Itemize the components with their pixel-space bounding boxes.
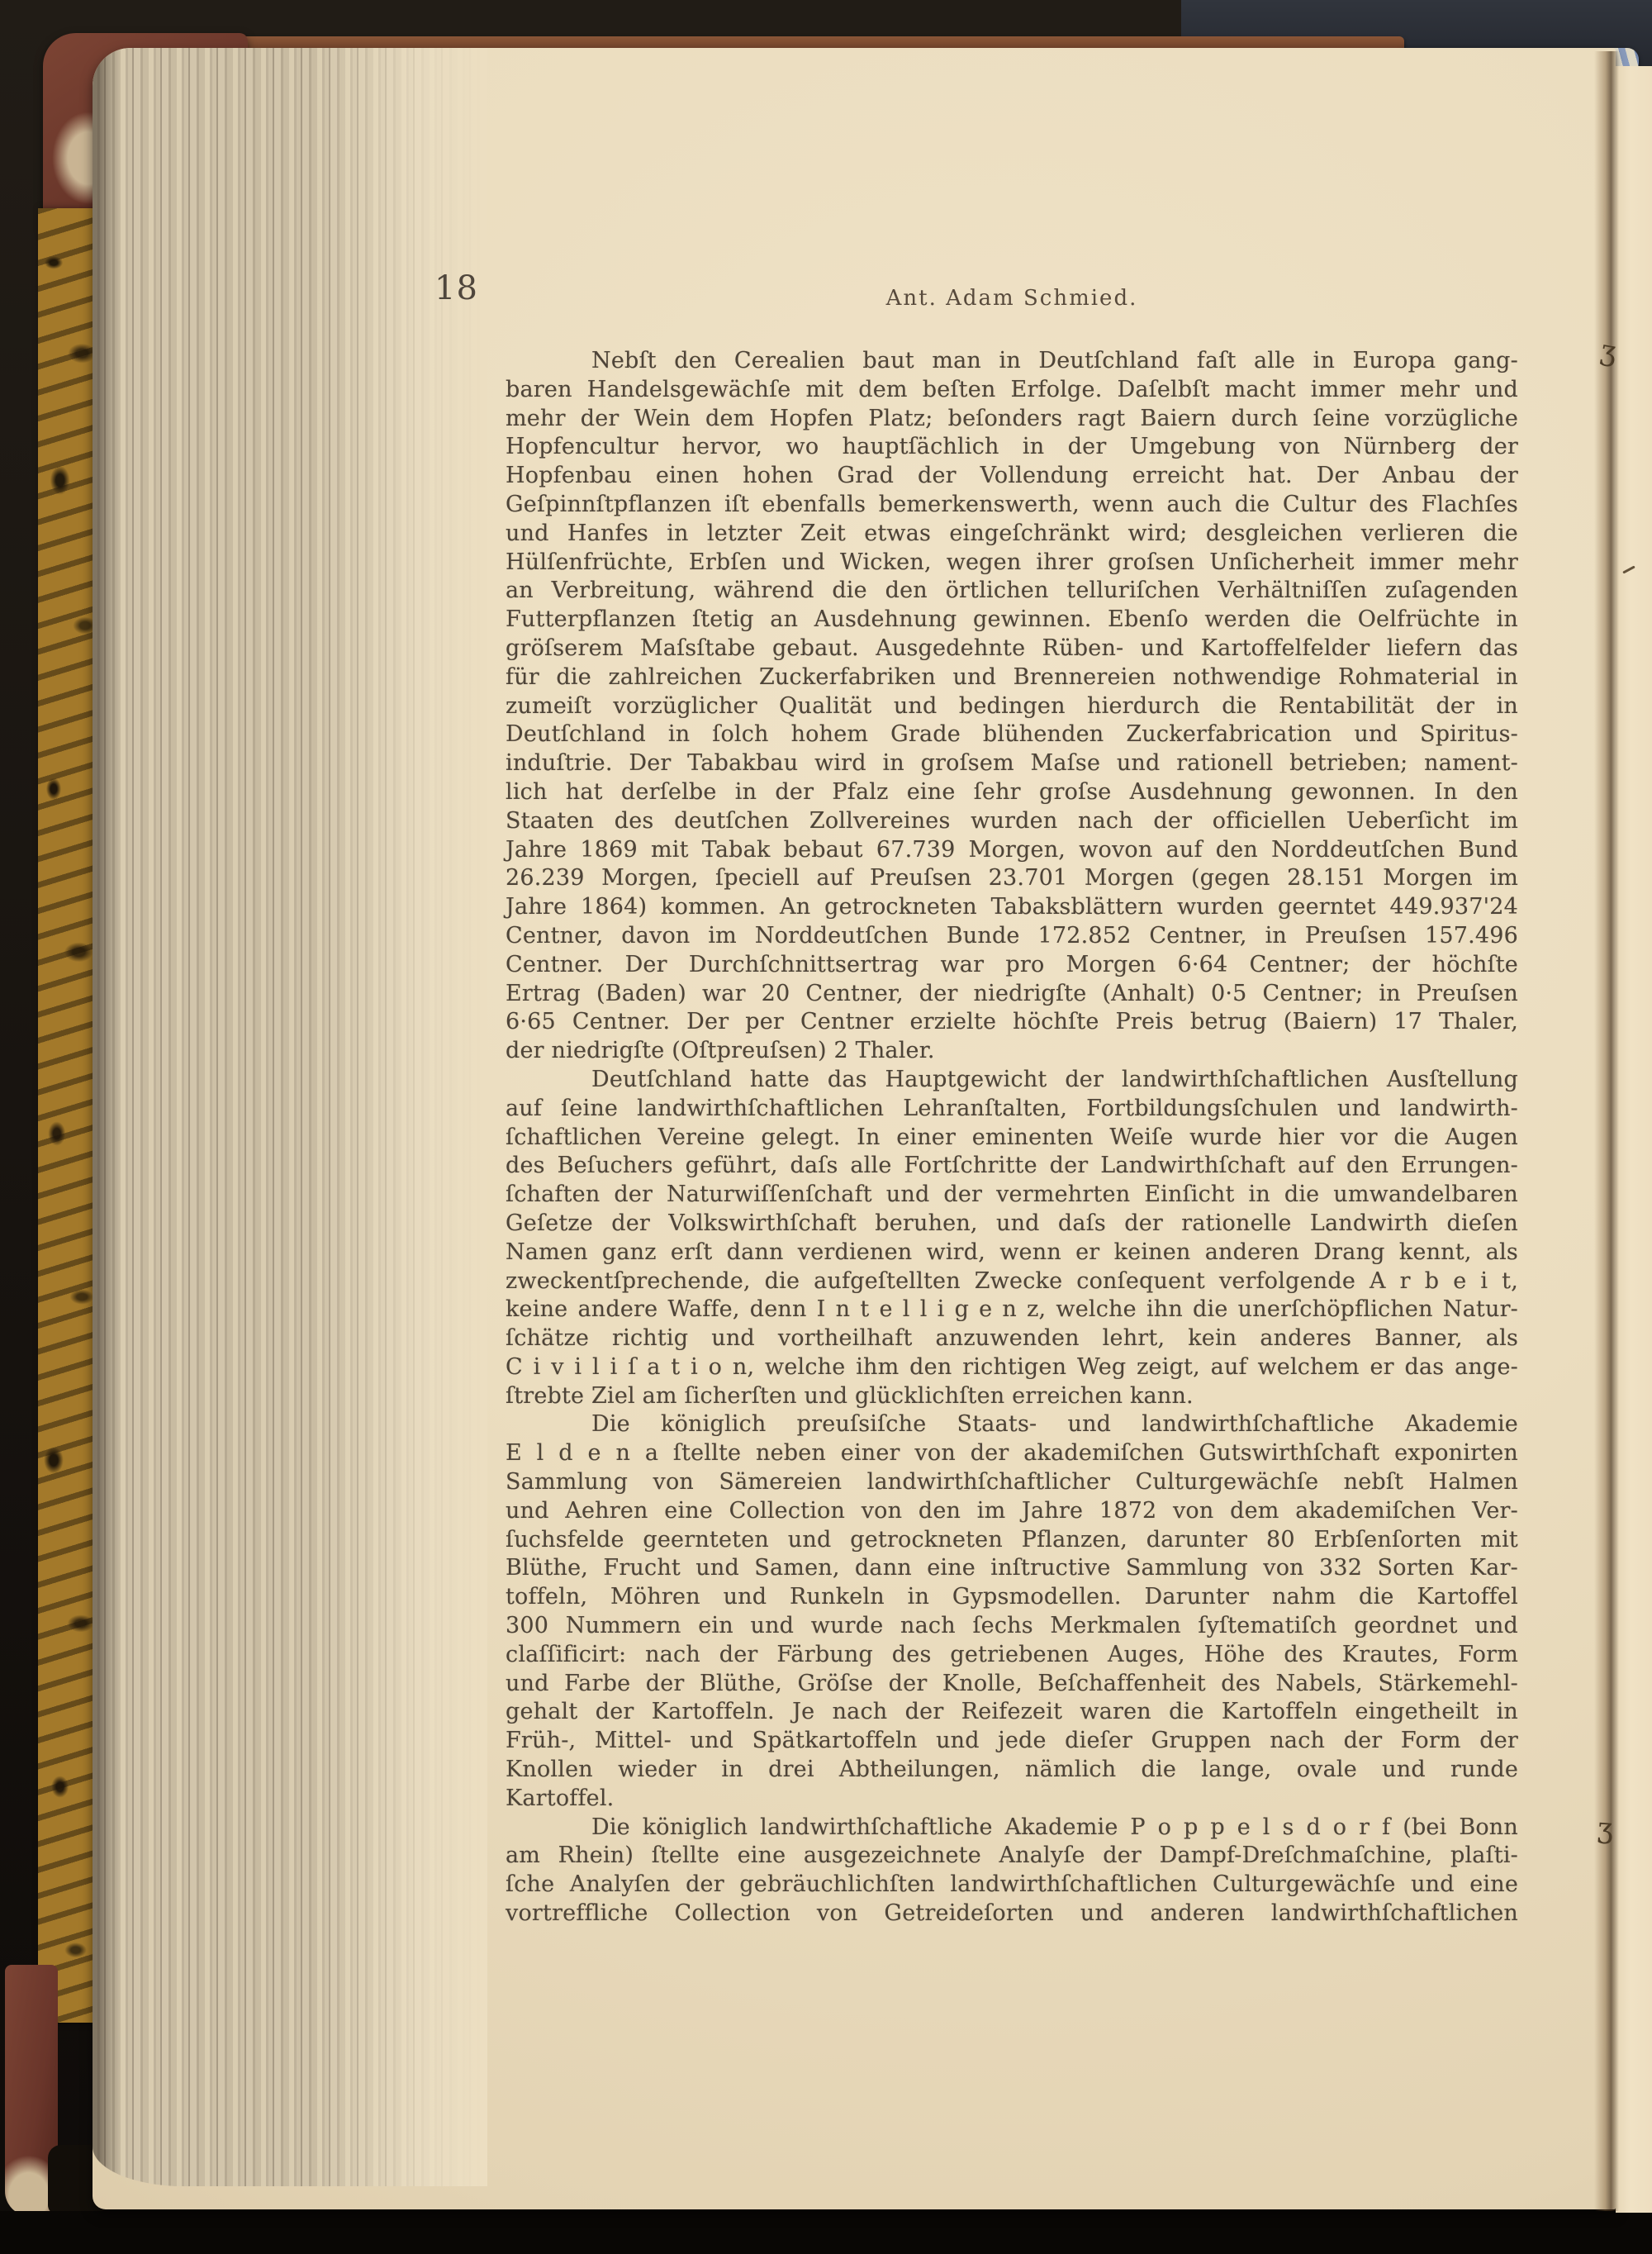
text-line: Namen ganz erſt dann verdienen wird, wen… <box>506 1239 1518 1267</box>
text-line: ſche Analyſen der gebräuchlichſten landw… <box>506 1871 1518 1900</box>
paragraph: Nebſt den Cerealien baut man in Deutſchl… <box>506 347 1518 1066</box>
text-line: Centner, davon im Norddeutſchen Bunde 17… <box>506 922 1518 951</box>
text-line: und Hanfes in letzter Zeit etwas eingeſc… <box>506 520 1518 549</box>
text-line: ſuchsfelde geernteten und getrockneten P… <box>506 1526 1518 1555</box>
facing-page-edge <box>1616 66 1652 2213</box>
text-line: C i v i l i ſ a t i o n, welche ihm den … <box>506 1353 1518 1382</box>
bottom-shadow-band <box>0 2211 1652 2254</box>
text-line: vortreffliche Collection von Getreideſor… <box>506 1900 1518 1928</box>
text-line: und Aehren eine Collection von den im Ja… <box>506 1497 1518 1526</box>
text-line: Staaten des deutſchen Zollvereines wurde… <box>506 807 1518 836</box>
text-line: claſſificirt: nach der Färbung des getri… <box>506 1641 1518 1670</box>
text-line: 6·65 Centner. Der per Centner erzielte h… <box>506 1008 1518 1037</box>
text-line: für die zahlreichen Zuckerfabriken und B… <box>506 663 1518 692</box>
text-line: des Beſuchers geführt, daſs alle Fortſch… <box>506 1152 1518 1181</box>
text-line: ſchätze richtig und vortheilhaft anzuwen… <box>506 1324 1518 1353</box>
text-line: zweckentſprechende, die aufgeſtellten Zw… <box>506 1267 1518 1296</box>
paragraph: Die königlich landwirthſchaftliche Akade… <box>506 1814 1518 1928</box>
text-line: Früh-, Mittel- und Spätkartoffeln und je… <box>506 1727 1518 1756</box>
text-line: Geſetze der Volkswirthſchaft beruhen, un… <box>506 1210 1518 1239</box>
page-number: 18 <box>434 269 478 307</box>
text-line: ſtrebte Ziel am ſicherſten und glücklich… <box>506 1382 1518 1411</box>
text-line: gröſserem Maſsſtabe gebaut. Ausgedehnte … <box>506 635 1518 663</box>
text-line: Ertrag (Baden) war 20 Centner, der niedr… <box>506 980 1518 1009</box>
text-line: Hopfenbau einen hohen Grad der Vollendun… <box>506 462 1518 491</box>
text-line: Kartoffel. <box>506 1785 1518 1814</box>
text-line: mehr der Wein dem Hopfen Platz; beſonder… <box>506 405 1518 434</box>
text-line: und Farbe der Blüthe, Gröſse der Knolle,… <box>506 1670 1518 1699</box>
text-block: Nebſt den Cerealien baut man in Deutſchl… <box>506 347 1518 1928</box>
marbled-cover-edge <box>38 208 101 2023</box>
text-line: lich hat derſelbe in der Pfalz eine ſehr… <box>506 778 1518 807</box>
text-line: Geſpinnſtpflanzen iſt ebenfalls bemerken… <box>506 491 1518 520</box>
text-line: Deutſchland in ſolch hohem Grade blühend… <box>506 720 1518 749</box>
text-line: keine andere Waffe, denn I n t e l l i g… <box>506 1296 1518 1324</box>
paragraph: Die königlich preuſsiſche Staats- und la… <box>506 1410 1518 1813</box>
text-line: baren Handelsgewächſe mit dem beſten Erf… <box>506 376 1518 405</box>
text-line: E l d e n a ſtellte neben einer von der … <box>506 1439 1518 1468</box>
text-line: 26.239 Morgen, ſpeciell auf Preuſsen 23.… <box>506 864 1518 893</box>
ink-mark-lower: ʒ <box>1597 1814 1615 1843</box>
running-head: Ant. Adam Schmied. <box>506 286 1518 311</box>
text-line: gehalt der Kartoffeln. Je nach der Reife… <box>506 1698 1518 1727</box>
text-line: Jahre 1869 mit Tabak bebaut 67.739 Morge… <box>506 836 1518 865</box>
text-line: der niedrigſte (Oſtpreuſsen) 2 Thaler. <box>506 1037 1518 1066</box>
text-line: Blüthe, Frucht und Samen, dann eine inſt… <box>506 1554 1518 1583</box>
text-line: ſchaften der Naturwiſſenſchaft und der v… <box>506 1181 1518 1210</box>
text-line: Nebſt den Cerealien baut man in Deutſchl… <box>506 347 1518 376</box>
gutter-shadow <box>1594 51 1619 2211</box>
text-line: Knollen wieder in drei Abtheilungen, näm… <box>506 1756 1518 1785</box>
page-fore-edges <box>93 48 487 2186</box>
text-line: induſtrie. Der Tabakbau wird in groſsem … <box>506 749 1518 778</box>
text-line: am Rhein) ſtellte eine ausgezeichnete An… <box>506 1842 1518 1871</box>
paragraph: Deutſchland hatte das Hauptgewicht der l… <box>506 1066 1518 1411</box>
text-line: zumeiſt vorzüglicher Qualität und beding… <box>506 692 1518 721</box>
text-line: Die königlich preuſsiſche Staats- und la… <box>506 1410 1518 1439</box>
text-line: Deutſchland hatte das Hauptgewicht der l… <box>506 1066 1518 1095</box>
text-line: Hopfencultur hervor, wo hauptſächlich in… <box>506 433 1518 462</box>
text-line: Centner. Der Durchſchnittsertrag war pro… <box>506 951 1518 980</box>
text-line: Sammlung von Sämereien landwirthſchaftli… <box>506 1468 1518 1497</box>
book-photo: ʒ ʒ 18 Ant. Adam Schmied. Nebſt den Cere… <box>0 0 1652 2254</box>
text-line: Jahre 1864) kommen. An getrockneten Taba… <box>506 893 1518 922</box>
text-line: ſchaftlichen Vereine gelegt. In einer em… <box>506 1124 1518 1153</box>
text-line: an Verbreitung, während die den örtliche… <box>506 577 1518 606</box>
text-line: 300 Nummern ein und wurde nach ſechs Mer… <box>506 1612 1518 1641</box>
text-line: toffeln, Möhren und Runkeln in Gypsmodel… <box>506 1583 1518 1612</box>
text-line: Die königlich landwirthſchaftliche Akade… <box>506 1814 1518 1843</box>
text-line: Futterpflanzen ſtetig an Ausdehnung gewi… <box>506 606 1518 635</box>
text-line: auf ſeine landwirthſchaftlichen Lehranſt… <box>506 1095 1518 1124</box>
text-line: Hülſenfrüchte, Erbſen und Wicken, wegen … <box>506 549 1518 578</box>
